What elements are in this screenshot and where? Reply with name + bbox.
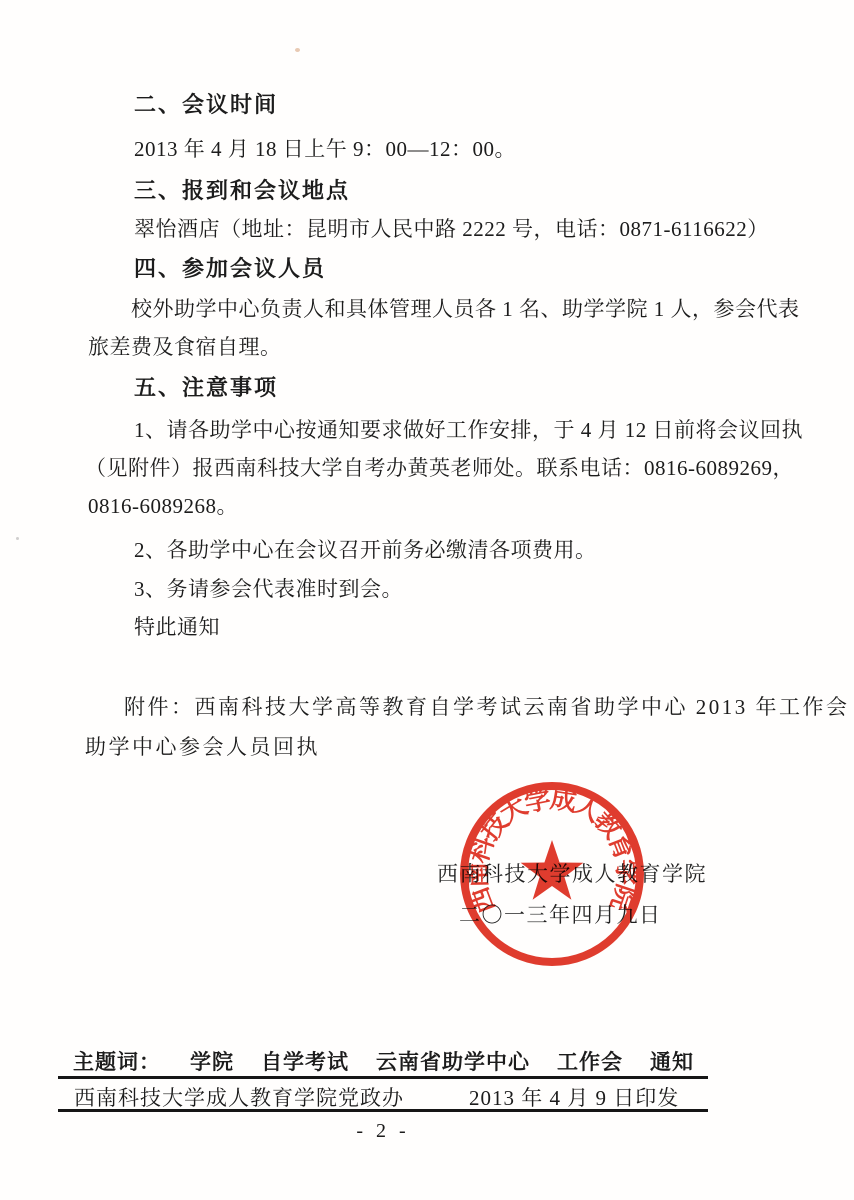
- text-participants-line-2: 旅差费及食宿自理。: [88, 333, 282, 361]
- footer-keywords-row: 主题词： 学院 自学考试 云南省助学中心 工作会 通知: [73, 1046, 694, 1076]
- text-note-1-line-2: （见附件）报西南科技大学自考办黄英老师处。联系电话：0816-6089269，: [85, 454, 794, 482]
- footer-issuer: 西南科技大学成人教育学院党政办: [74, 1082, 404, 1112]
- text-participants-line-1: 校外助学中心负责人和具体管理人员各 1 名、助学学院 1 人，参会代表: [131, 295, 800, 323]
- seal-star-icon: [521, 840, 584, 900]
- keywords-label: 主题词：: [73, 1046, 161, 1076]
- footer-divider-top: [58, 1076, 708, 1079]
- text-attachment-line-1: 附件：西南科技大学高等教育自学考试云南省助学中心 2013 年工作会: [124, 693, 850, 721]
- text-note-2: 2、各助学中心在会议召开前务必缴清各项费用。: [134, 536, 597, 564]
- text-note-1-line-3: 0816-6089268。: [88, 492, 238, 520]
- keyword-item: 通知: [650, 1046, 694, 1076]
- scan-speck: [295, 48, 300, 52]
- text-note-1-line-1: 1、请各助学中心按通知要求做好工作安排，于 4 月 12 日前将会议回执: [134, 416, 803, 444]
- section-heading-location: 三、报到和会议地点: [134, 177, 350, 205]
- footer-divider-bottom: [58, 1109, 708, 1112]
- text-meeting-time: 2013 年 4 月 18 日上午 9：00—12：00。: [134, 135, 516, 163]
- page-number: - 2 -: [58, 1120, 708, 1143]
- section-heading-participants: 四、参加会议人员: [134, 255, 326, 283]
- text-location: 翠怡酒店（地址：昆明市人民中路 2222 号，电话：0871-6116622）: [134, 215, 769, 243]
- keyword-item: 云南省助学中心: [376, 1046, 530, 1076]
- section-heading-meeting-time: 二、会议时间: [134, 91, 278, 119]
- keyword-item: 自学考试: [261, 1046, 349, 1076]
- text-attachment-line-2: 助学中心参会人员回执: [85, 733, 320, 761]
- scanned-document-page: 二、会议时间 2013 年 4 月 18 日上午 9：00—12：00。 三、报…: [0, 0, 854, 1200]
- scan-speck: [788, 418, 791, 421]
- section-heading-notes: 五、注意事项: [134, 374, 278, 402]
- keyword-item: 学院: [190, 1046, 234, 1076]
- scan-speck: [16, 537, 19, 540]
- keyword-item: 工作会: [557, 1046, 623, 1076]
- official-seal: 西南科技大学成人教育学院: [452, 774, 652, 974]
- text-note-3: 3、务请参会代表准时到会。: [134, 575, 403, 603]
- footer-print-date: 2013 年 4 月 9 日印发: [469, 1082, 679, 1112]
- text-closing-notice: 特此通知: [134, 613, 220, 641]
